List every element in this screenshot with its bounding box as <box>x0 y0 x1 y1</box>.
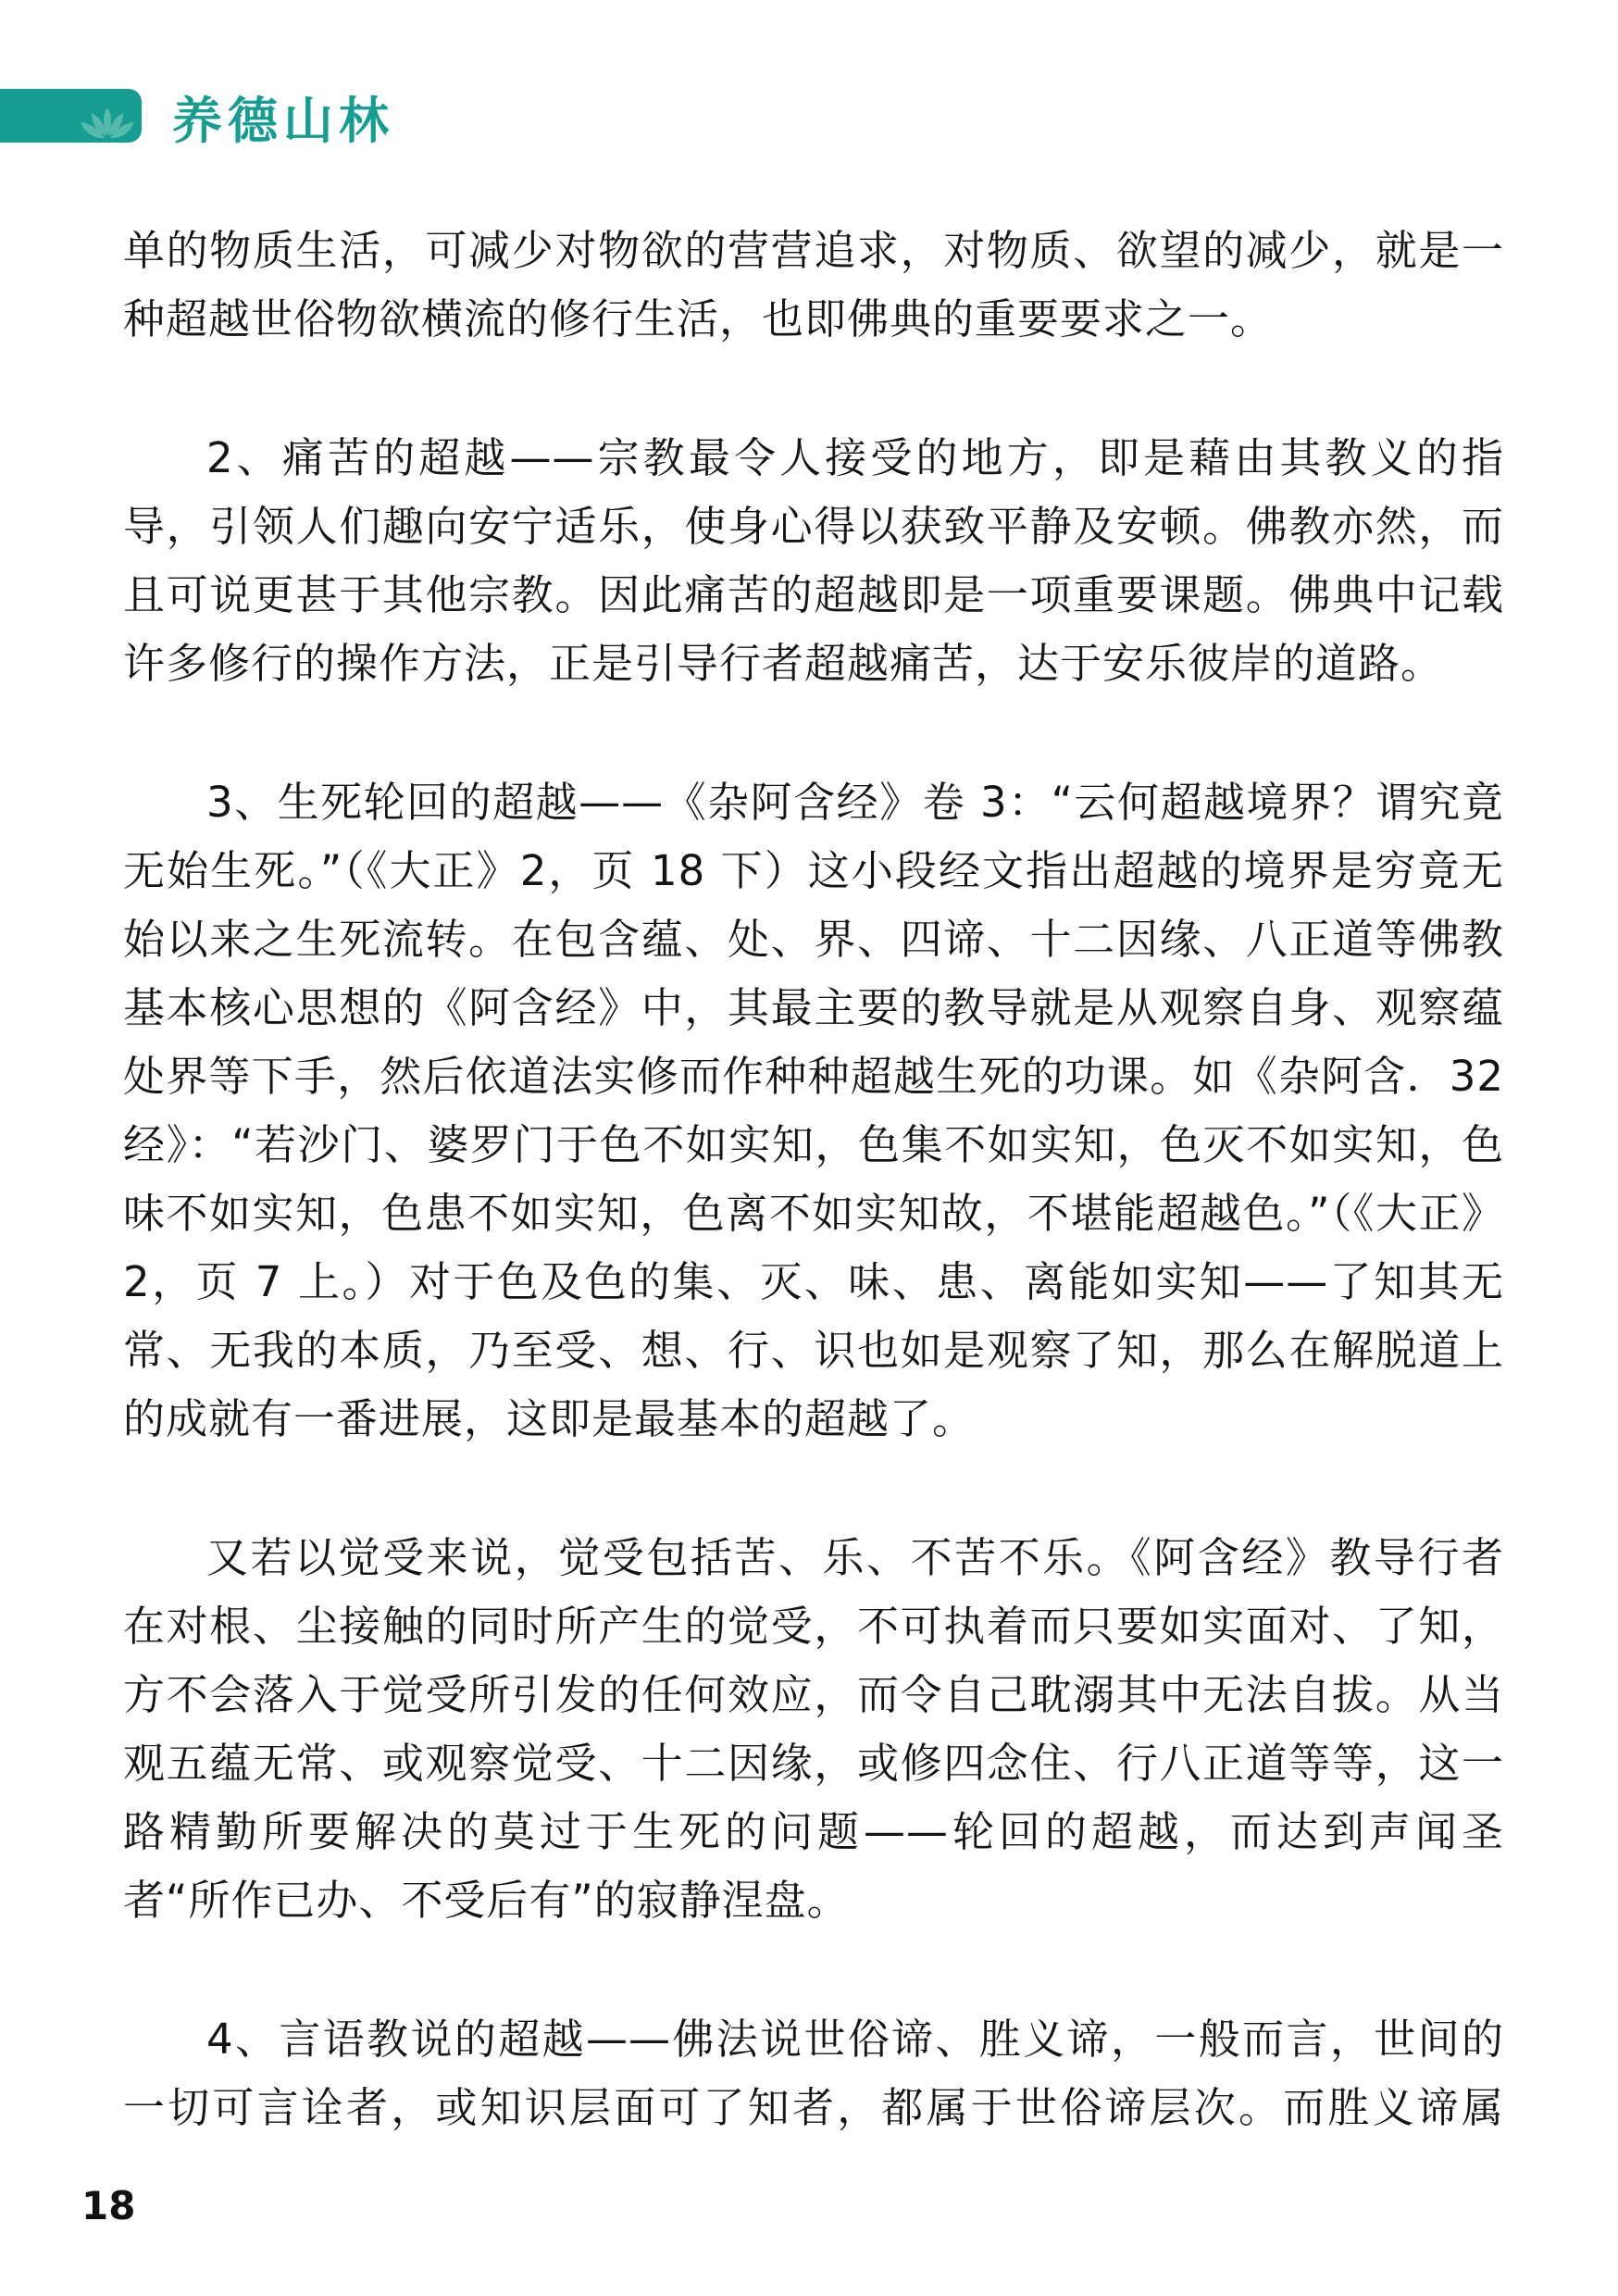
book-page: 养德山林 单的物质生活，可减少对物欲的营营追求，对物质、欲望的减少，就是一种超越… <box>0 0 1618 2296</box>
body-paragraph-5: 4、言语教说的超越——佛法说世俗谛、胜义谛，一般而言，世间的一切可言诠者，或知识… <box>123 2005 1504 2142</box>
page-number: 18 <box>81 2183 135 2228</box>
body-paragraph-3: 3、生死轮回的超越——《杂阿含经》卷 3：“云何超越境界？谓究竟无始生死。”（《… <box>123 768 1504 1454</box>
lotus-icon <box>79 98 136 143</box>
body-paragraph-1: 单的物质生活，可减少对物欲的营营追求，对物质、欲望的减少，就是一种超越世俗物欲横… <box>123 217 1504 354</box>
brand-bar <box>0 89 142 143</box>
body-paragraph-4: 又若以觉受来说，觉受包括苦、乐、不苦不乐。《阿含经》教导行者在对根、尘接触的同时… <box>123 1524 1504 1935</box>
page-header-title: 养德山林 <box>172 81 394 153</box>
body-text: 单的物质生活，可减少对物欲的营营追求，对物质、欲望的减少，就是一种超越世俗物欲横… <box>123 217 1504 2213</box>
body-paragraph-2: 2、痛苦的超越——宗教最令人接受的地方，即是藉由其教义的指导，引领人们趣向安宁适… <box>123 424 1504 698</box>
